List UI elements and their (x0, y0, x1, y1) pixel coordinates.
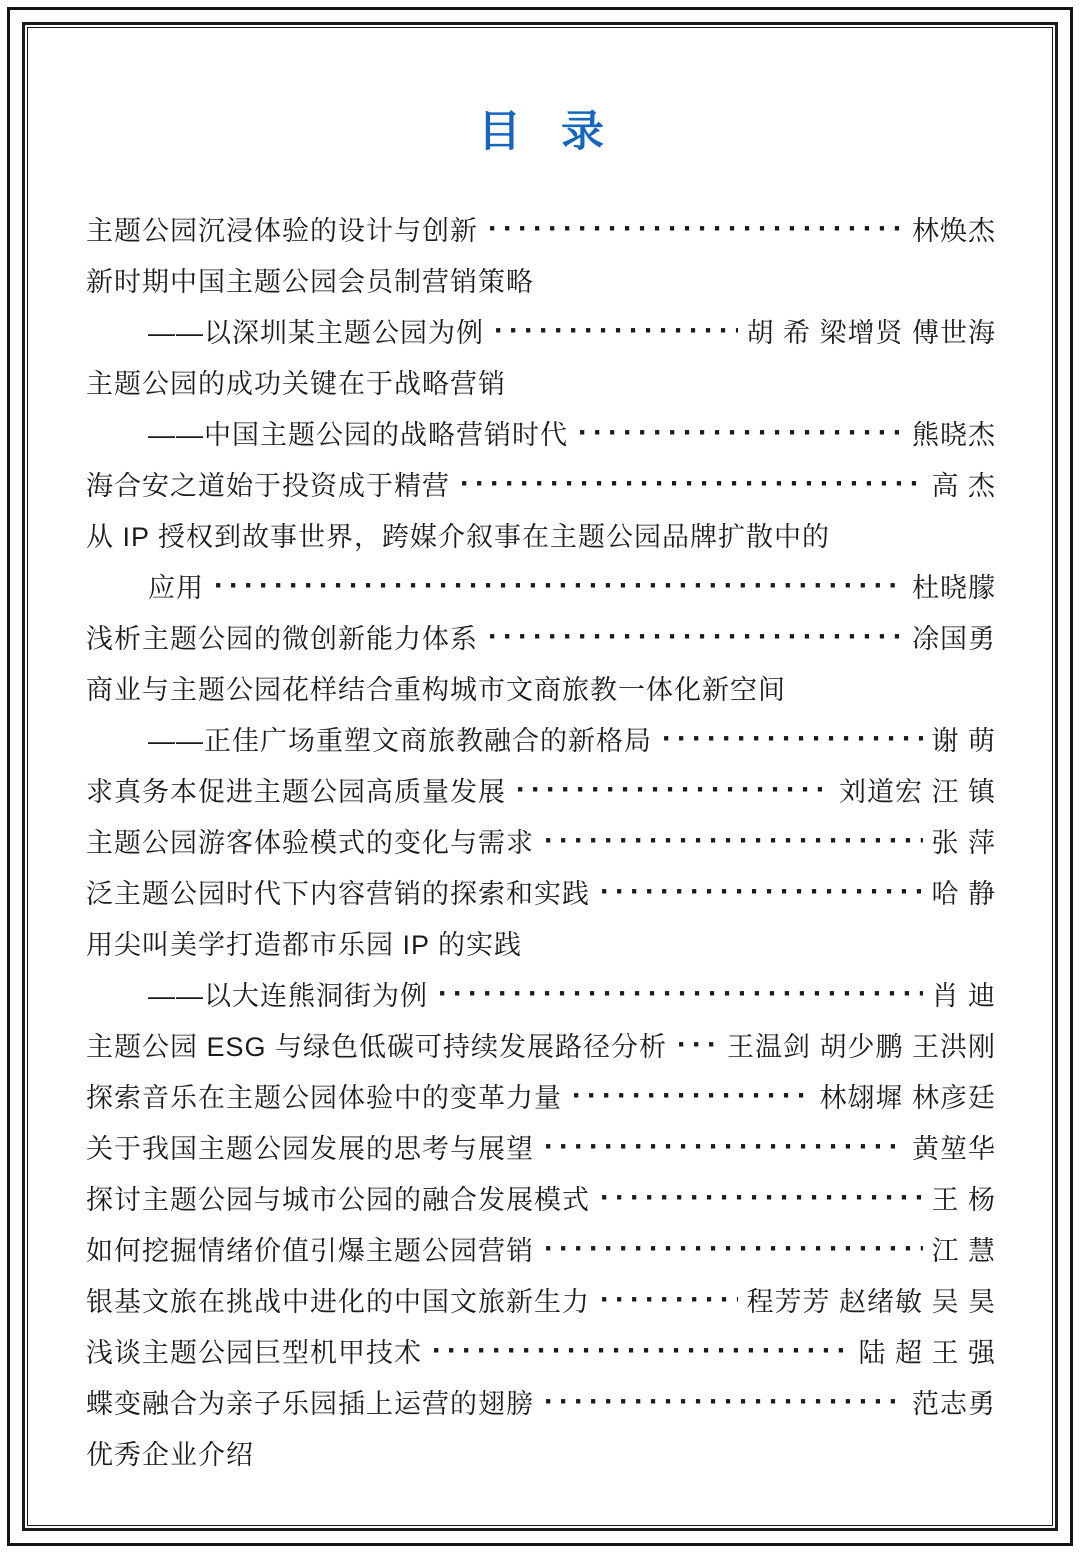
toc-entry-title: 蝶变融合为亲子乐园插上运营的翅膀 (86, 1382, 534, 1421)
toc-entry-title: 主题公园的成功关键在于战略营销 (86, 362, 506, 401)
toc-page: 目 录 主题公园沉浸体验的设计与创新 林焕杰 新时期中国主题公园会员制营销策略 … (0, 0, 1080, 1553)
toc-entry-title: 主题公园沉浸体验的设计与创新 (86, 209, 478, 248)
toc-entry-title: 商业与主题公园花样结合重构城市文商旅教一体化新空间 (86, 668, 786, 707)
toc-entry: 浅谈主题公园巨型机甲技术 陆 超 王 强 (86, 1325, 996, 1376)
toc-entry-authors: 程芳芳 赵绪敏 吴 昊 (746, 1280, 996, 1319)
toc-entry: 如何挖掘情绪价值引爆主题公园营销 江 慧 (86, 1223, 996, 1274)
toc-entry-authors: 高 杰 (931, 464, 996, 503)
toc-entry-title: 如何挖掘情绪价值引爆主题公园营销 (86, 1229, 534, 1268)
toc-entry-title: 浅析主题公园的微创新能力体系 (86, 617, 478, 656)
toc-entry-title: 探讨主题公园与城市公园的融合发展模式 (86, 1178, 590, 1217)
toc-entry: 主题公园沉浸体验的设计与创新 林焕杰 (86, 203, 996, 254)
toc-entry-title: ——中国主题公园的战略营销时代 (148, 413, 568, 452)
dot-leader (544, 1223, 923, 1274)
toc-entry: 银基文旅在挑战中进化的中国文旅新生力 程芳芳 赵绪敏 吴 昊 (86, 1274, 996, 1325)
toc-entry: 主题公园的成功关键在于战略营销 (86, 356, 996, 407)
toc-entry-authors: 陆 超 王 强 (858, 1331, 996, 1370)
toc-entry: ——中国主题公园的战略营销时代 熊晓杰 (86, 407, 996, 458)
toc-entry: 商业与主题公园花样结合重构城市文商旅教一体化新空间 (86, 662, 996, 713)
dot-leader (516, 764, 831, 815)
toc-entry-authors: 刘道宏 汪 镇 (839, 770, 996, 809)
toc-entry: 应用 杜晓朦 (86, 560, 996, 611)
toc-entry-title: 优秀企业介绍 (86, 1433, 254, 1472)
dot-leader (600, 1172, 923, 1223)
toc-entry-authors: 林焕杰 (912, 209, 996, 248)
toc-entry-title: 浅谈主题公园巨型机甲技术 (86, 1331, 422, 1370)
dot-leader (432, 1325, 850, 1376)
toc-entry-title: ——正佳广场重塑文商旅教融合的新格局 (148, 719, 652, 758)
toc-entry-title: 关于我国主题公园发展的思考与展望 (86, 1127, 534, 1166)
toc-entry: 从 IP 授权到故事世界，跨媒介叙事在主题公园品牌扩散中的 (86, 509, 996, 560)
toc-entry-authors: 王 杨 (931, 1178, 996, 1217)
content-area: 目 录 主题公园沉浸体验的设计与创新 林焕杰 新时期中国主题公园会员制营销策略 … (27, 27, 1053, 1526)
dot-leader (488, 611, 904, 662)
dot-leader (544, 1376, 904, 1427)
toc-entry: 蝶变融合为亲子乐园插上运营的翅膀 范志勇 (86, 1376, 996, 1427)
toc-entry-authors: 谢 萌 (931, 719, 996, 758)
inner-double-border: 目 录 主题公园沉浸体验的设计与创新 林焕杰 新时期中国主题公园会员制营销策略 … (22, 22, 1058, 1531)
toc-entry-authors: 熊晓杰 (912, 413, 996, 452)
dot-leader (677, 1019, 719, 1070)
toc-list: 主题公园沉浸体验的设计与创新 林焕杰 新时期中国主题公园会员制营销策略 ——以深… (86, 203, 996, 1478)
toc-entry: 优秀企业介绍 (86, 1427, 996, 1478)
toc-entry-authors: 黄堃华 (912, 1127, 996, 1166)
dot-leader (544, 1121, 904, 1172)
toc-entry-title: 银基文旅在挑战中进化的中国文旅新生力 (86, 1280, 590, 1319)
toc-entry: 浅析主题公园的微创新能力体系 凃国勇 (86, 611, 996, 662)
toc-entry-authors: 肖 迪 (931, 974, 996, 1013)
toc-entry-title: 泛主题公园时代下内容营销的探索和实践 (86, 872, 590, 911)
toc-entry: ——以大连熊洞街为例 肖 迪 (86, 968, 996, 1019)
dot-leader (600, 1274, 738, 1325)
toc-entry: 主题公园游客体验模式的变化与需求 张 萍 (86, 815, 996, 866)
toc-entry-title: 应用 (148, 566, 204, 605)
dot-leader (544, 815, 923, 866)
toc-entry-title: 从 IP 授权到故事世界，跨媒介叙事在主题公园品牌扩散中的 (86, 515, 830, 554)
toc-entry-title: 主题公园 ESG 与绿色低碳可持续发展路径分析 (86, 1025, 667, 1064)
toc-entry-authors: 哈 静 (931, 872, 996, 911)
toc-entry: 关于我国主题公园发展的思考与展望 黄堃华 (86, 1121, 996, 1172)
toc-entry-title: ——以大连熊洞街为例 (148, 974, 428, 1013)
toc-entry: 泛主题公园时代下内容营销的探索和实践 哈 静 (86, 866, 996, 917)
toc-entry-authors: 杜晓朦 (912, 566, 996, 605)
toc-entry: ——以深圳某主题公园为例 胡 希 梁增贤 傅世海 (86, 305, 996, 356)
dot-leader (438, 968, 923, 1019)
toc-entry-title: ——以深圳某主题公园为例 (148, 311, 484, 350)
toc-entry-title: 新时期中国主题公园会员制营销策略 (86, 260, 534, 299)
dot-leader (600, 866, 923, 917)
toc-entry-authors: 林翃墀 林彦廷 (819, 1076, 996, 1115)
toc-entry: ——正佳广场重塑文商旅教融合的新格局 谢 萌 (86, 713, 996, 764)
toc-entry-authors: 胡 希 梁增贤 傅世海 (746, 311, 996, 350)
toc-entry-title: 求真务本促进主题公园高质量发展 (86, 770, 506, 809)
toc-entry-title: 海合安之道始于投资成于精营 (86, 464, 450, 503)
dot-leader (214, 560, 904, 611)
toc-entry-authors: 江 慧 (931, 1229, 996, 1268)
toc-entry: 探索音乐在主题公园体验中的变革力量 林翃墀 林彦廷 (86, 1070, 996, 1121)
toc-entry-title: 主题公园游客体验模式的变化与需求 (86, 821, 534, 860)
toc-entry-authors: 王温剑 胡少鹏 王洪刚 (727, 1025, 996, 1064)
toc-entry: 用尖叫美学打造都市乐园 IP 的实践 (86, 917, 996, 968)
toc-entry: 新时期中国主题公园会员制营销策略 (86, 254, 996, 305)
toc-entry-authors: 张 萍 (931, 821, 996, 860)
dot-leader (460, 458, 923, 509)
toc-entry: 主题公园 ESG 与绿色低碳可持续发展路径分析 王温剑 胡少鹏 王洪刚 (86, 1019, 996, 1070)
dot-leader (494, 305, 738, 356)
toc-entry-authors: 范志勇 (912, 1382, 996, 1421)
toc-entry-title: 探索音乐在主题公园体验中的变革力量 (86, 1076, 562, 1115)
toc-entry-authors: 凃国勇 (912, 617, 996, 656)
page-title: 目 录 (86, 98, 996, 159)
dot-leader (662, 713, 923, 764)
toc-entry: 探讨主题公园与城市公园的融合发展模式 王 杨 (86, 1172, 996, 1223)
toc-entry-title: 用尖叫美学打造都市乐园 IP 的实践 (86, 923, 522, 962)
dot-leader (488, 203, 904, 254)
dot-leader (578, 407, 904, 458)
dot-leader (572, 1070, 811, 1121)
toc-entry: 海合安之道始于投资成于精营 高 杰 (86, 458, 996, 509)
toc-entry: 求真务本促进主题公园高质量发展 刘道宏 汪 镇 (86, 764, 996, 815)
